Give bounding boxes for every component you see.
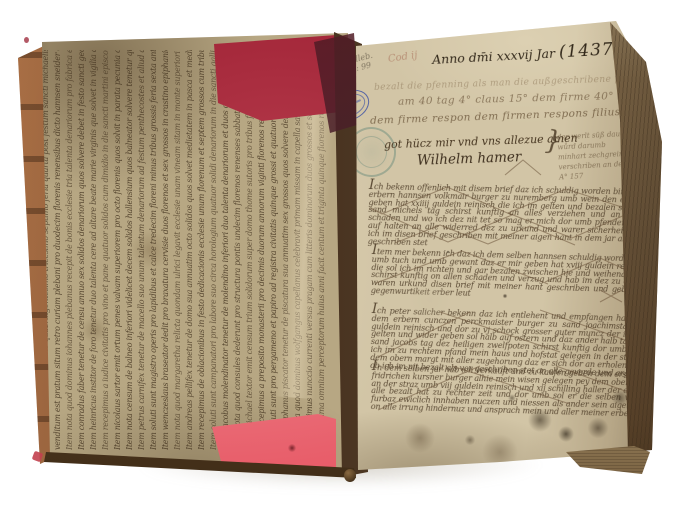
spine-red-speck: [24, 37, 29, 43]
script-line: Item nota quod dominus iohannes plebanus…: [64, 50, 76, 450]
script-line: Item andreas pellifex tenetur de domo su…: [184, 50, 196, 450]
script-line: Item soluti sunt magistro operis pro lap…: [148, 50, 160, 450]
script-line: Item soluti sunt campanatori pro labore …: [208, 50, 220, 450]
script-line: Item wenczeslaus braseator dedit pro bra…: [160, 50, 172, 450]
script-line: Item heinricus institor de foro tenetur …: [88, 50, 100, 450]
script-line: Item nota censum de balneo inferiori vid…: [124, 50, 136, 450]
script-line: Item nota quod margaretha relicta quonda…: [172, 50, 184, 450]
script-line: Item petrus carnifex tenetur de macello …: [136, 50, 148, 450]
script-line: Item recepimus de oblacionibus in festo …: [196, 50, 208, 450]
script-line: Item recepimus a iudice civitatis pro vi…: [100, 50, 112, 450]
script-line: Item iacobus molendinator tenetur de mol…: [220, 50, 232, 450]
photo-canvas: Item anno domini millesimo quadringentes…: [0, 0, 700, 510]
clasp-knob: [344, 469, 356, 482]
script-line: Item nicolaus sartor emit ortum penes va…: [112, 50, 124, 450]
script-line: venditum est pratum situm retro curiam p…: [52, 50, 64, 450]
script-line: Item conradus faber tenetur de censu ann…: [76, 50, 88, 450]
